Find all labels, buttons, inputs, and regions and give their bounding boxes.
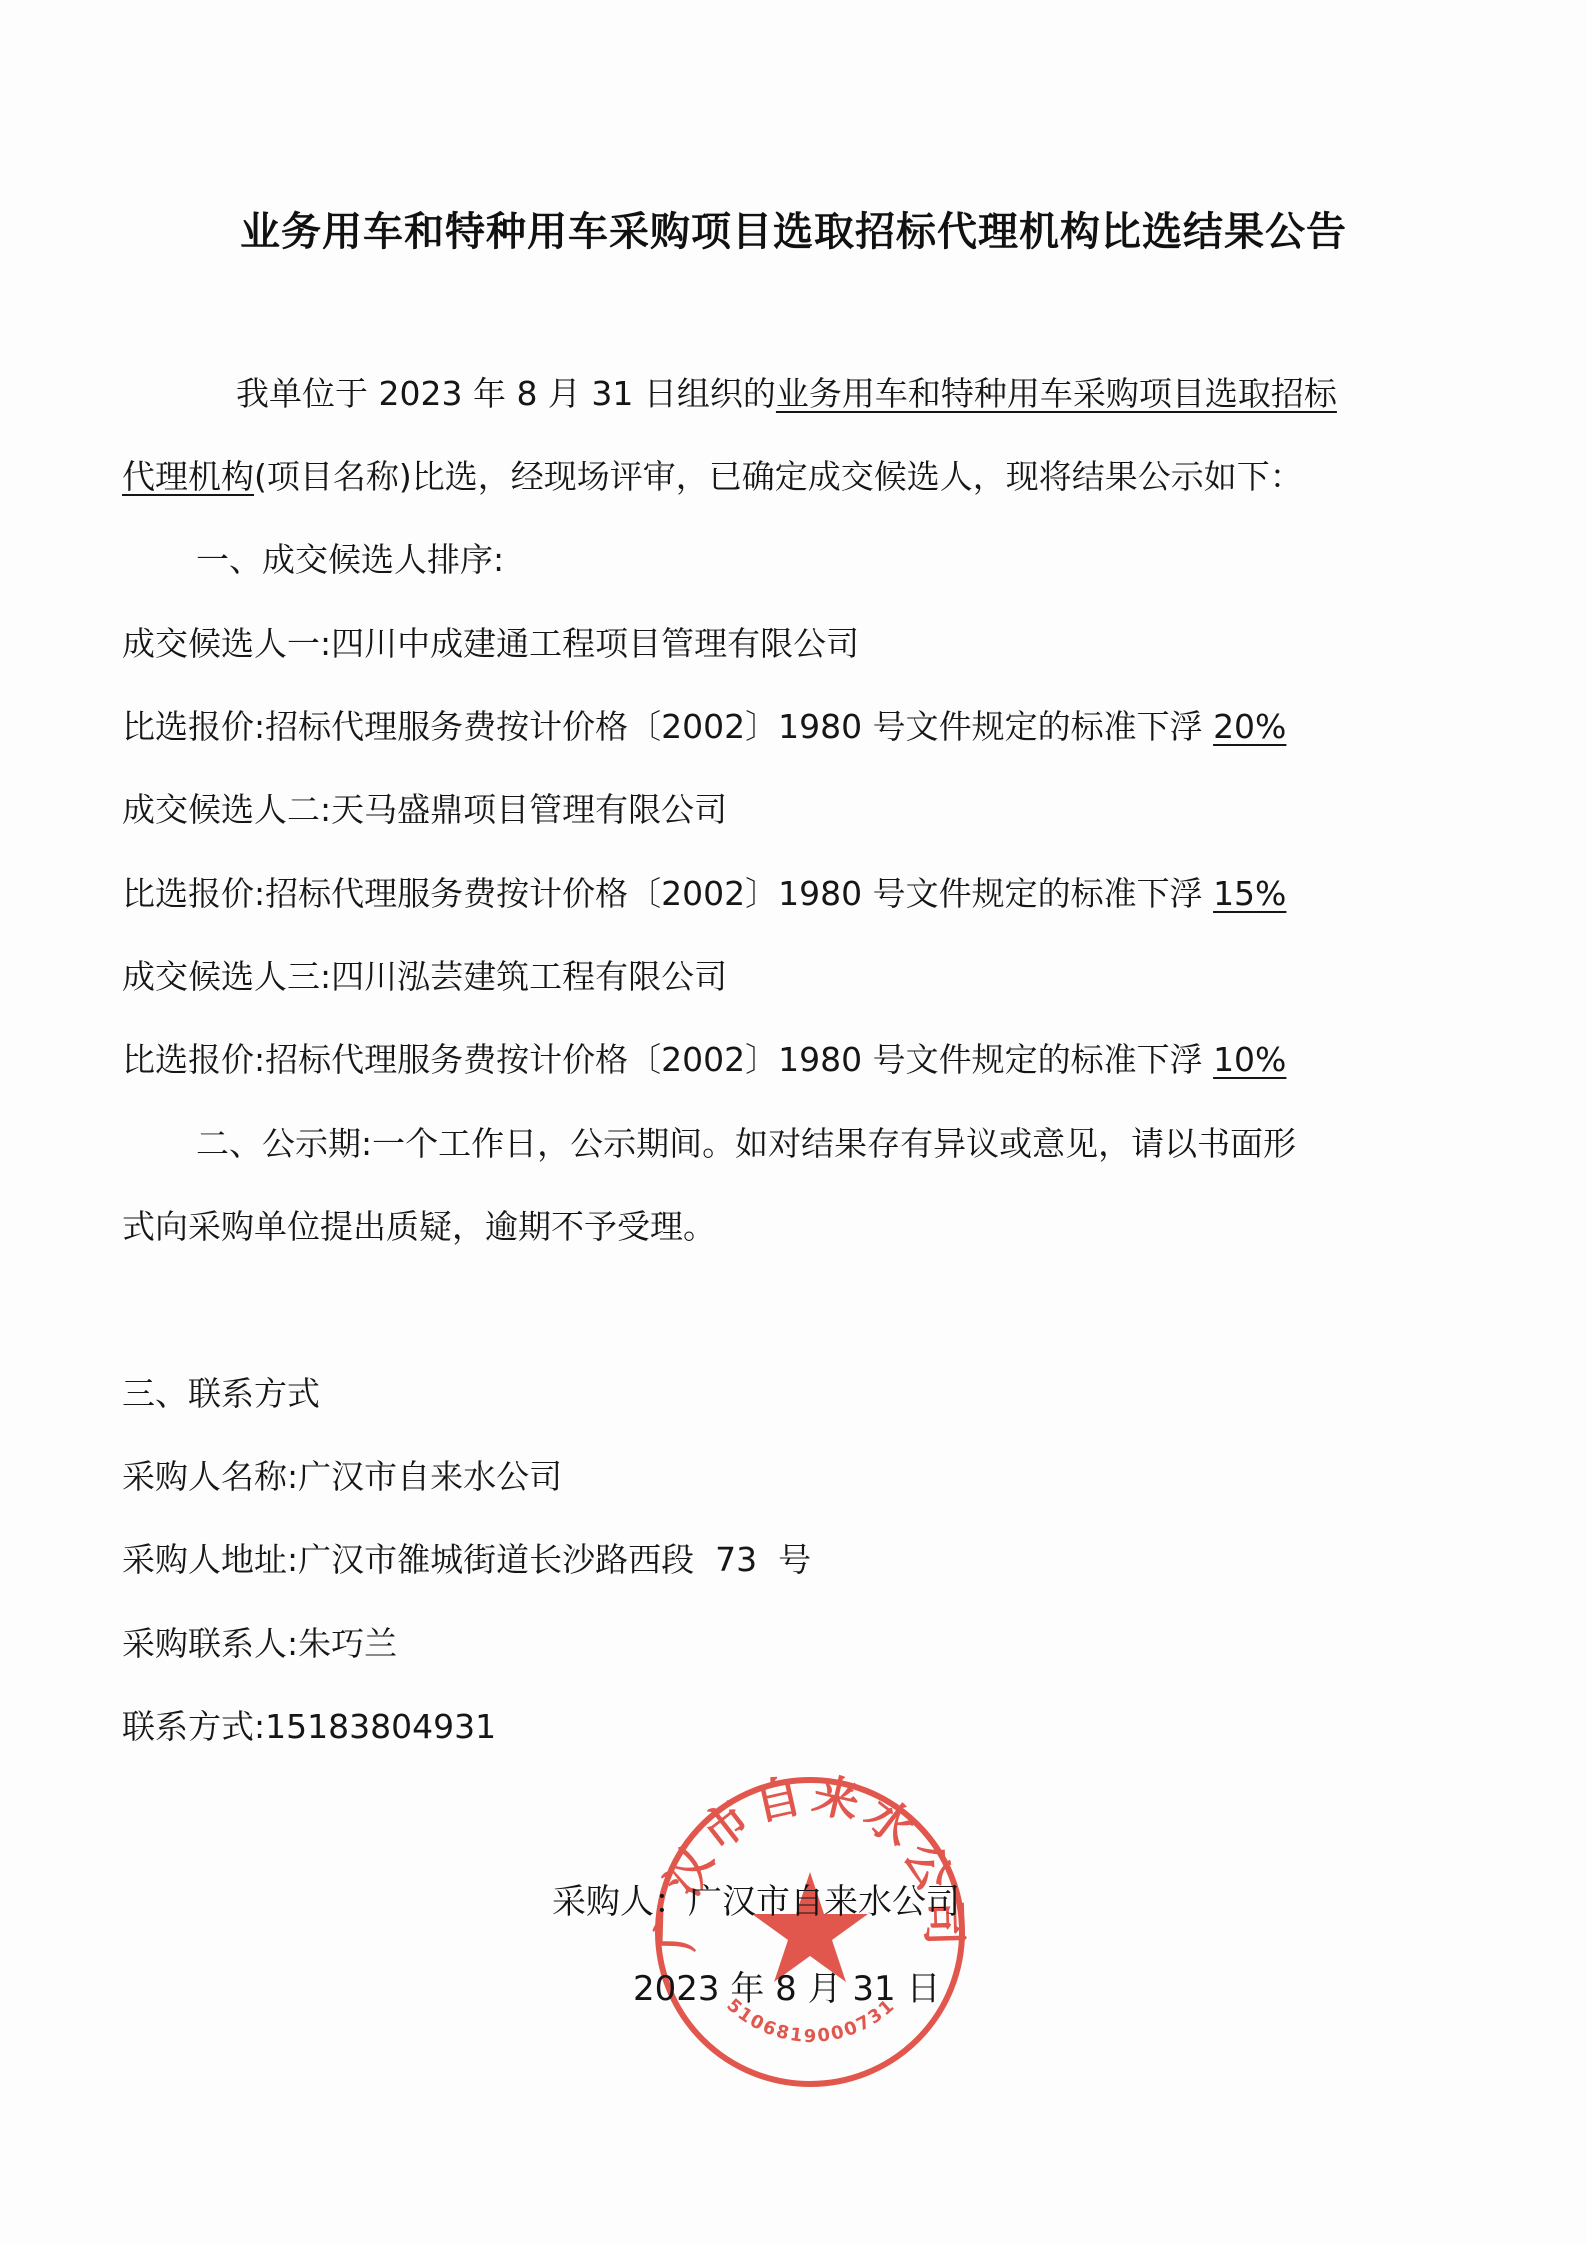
intro-prefix: 我单位于 2023 年 8 月 31 日组织的 — [236, 374, 776, 413]
section1-heading: 一、成交候选人排序: — [196, 538, 504, 582]
candidate-2-discount: 15% — [1213, 874, 1286, 913]
buyer-address: 采购人地址:广汉市雒城街道长沙路西段 73 号 — [122, 1538, 811, 1582]
intro-line-2: 代理机构(项目名称)比选，经现场评审，已确定成交候选人，现将结果公示如下： — [122, 455, 1303, 499]
section2-line-2: 式向采购单位提出质疑，逾期不予受理。 — [122, 1205, 716, 1249]
intro-suffix: (项目名称)比选，经现场评审，已确定成交候选人，现将结果公示如下： — [254, 457, 1303, 496]
buyer-name: 采购人名称:广汉市自来水公司 — [122, 1455, 562, 1499]
candidate-1-quote: 比选报价:招标代理服务费按计价格〔2002〕1980 号文件规定的标准下浮 20… — [122, 705, 1286, 749]
candidate-1-label: 成交候选人一: — [122, 624, 331, 663]
candidate-2-quote: 比选报价:招标代理服务费按计价格〔2002〕1980 号文件规定的标准下浮 15… — [122, 872, 1286, 916]
signature-date: 2023 年 8 月 31 日 — [633, 1967, 940, 2011]
document-page: 业务用车和特种用车采购项目选取招标代理机构比选结果公告 我单位于 2023 年 … — [0, 0, 1587, 2244]
candidate-1-quote-text: 比选报价:招标代理服务费按计价格〔2002〕1980 号文件规定的标准下浮 — [122, 707, 1213, 746]
section2-line-1: 二、公示期:一个工作日，公示期间。如对结果存有异议或意见，请以书面形 — [196, 1122, 1296, 1166]
buyer-name-value: 广汉市自来水公司 — [298, 1457, 562, 1496]
candidate-2-quote-text: 比选报价:招标代理服务费按计价格〔2002〕1980 号文件规定的标准下浮 — [122, 874, 1213, 913]
candidate-2: 成交候选人二:天马盛鼎项目管理有限公司 — [122, 788, 727, 832]
section3-heading: 三、联系方式 — [122, 1372, 320, 1416]
buyer-address-value: 广汉市雒城街道长沙路西段 73 号 — [298, 1540, 811, 1579]
official-seal: 广汉市自来水公司 5106819000731 — [650, 1772, 970, 2092]
document-title: 业务用车和特种用车采购项目选取招标代理机构比选结果公告 — [0, 200, 1587, 257]
candidate-3-quote-text: 比选报价:招标代理服务费按计价格〔2002〕1980 号文件规定的标准下浮 — [122, 1040, 1213, 1079]
candidate-1-discount: 20% — [1213, 707, 1286, 746]
contact-person-value: 朱巧兰 — [298, 1624, 397, 1663]
contact-phone: 联系方式:15183804931 — [122, 1705, 496, 1749]
candidate-3-discount: 10% — [1213, 1040, 1286, 1079]
candidate-2-label: 成交候选人二: — [122, 790, 331, 829]
candidate-1-name: 四川中成建通工程项目管理有限公司 — [331, 624, 859, 663]
project-name-part-1: 业务用车和特种用车采购项目选取招标 — [776, 374, 1337, 413]
contact-phone-label: 联系方式: — [122, 1707, 265, 1746]
contact-person-label: 采购联系人: — [122, 1624, 298, 1663]
candidate-3: 成交候选人三:四川泓芸建筑工程有限公司 — [122, 955, 727, 999]
candidate-3-quote: 比选报价:招标代理服务费按计价格〔2002〕1980 号文件规定的标准下浮 10… — [122, 1038, 1286, 1082]
intro-line-1: 我单位于 2023 年 8 月 31 日组织的业务用车和特种用车采购项目选取招标 — [236, 372, 1337, 416]
buyer-name-label: 采购人名称: — [122, 1457, 298, 1496]
contact-phone-value: 15183804931 — [265, 1707, 496, 1746]
candidate-1: 成交候选人一:四川中成建通工程项目管理有限公司 — [122, 622, 859, 666]
candidate-2-name: 天马盛鼎项目管理有限公司 — [331, 790, 727, 829]
buyer-address-label: 采购人地址: — [122, 1540, 298, 1579]
candidate-3-label: 成交候选人三: — [122, 957, 331, 996]
project-name-part-2: 代理机构 — [122, 457, 254, 496]
candidate-3-name: 四川泓芸建筑工程有限公司 — [331, 957, 727, 996]
signature-buyer: 采购人：广汉市自来水公司 — [552, 1880, 960, 1924]
contact-person: 采购联系人:朱巧兰 — [122, 1622, 397, 1666]
